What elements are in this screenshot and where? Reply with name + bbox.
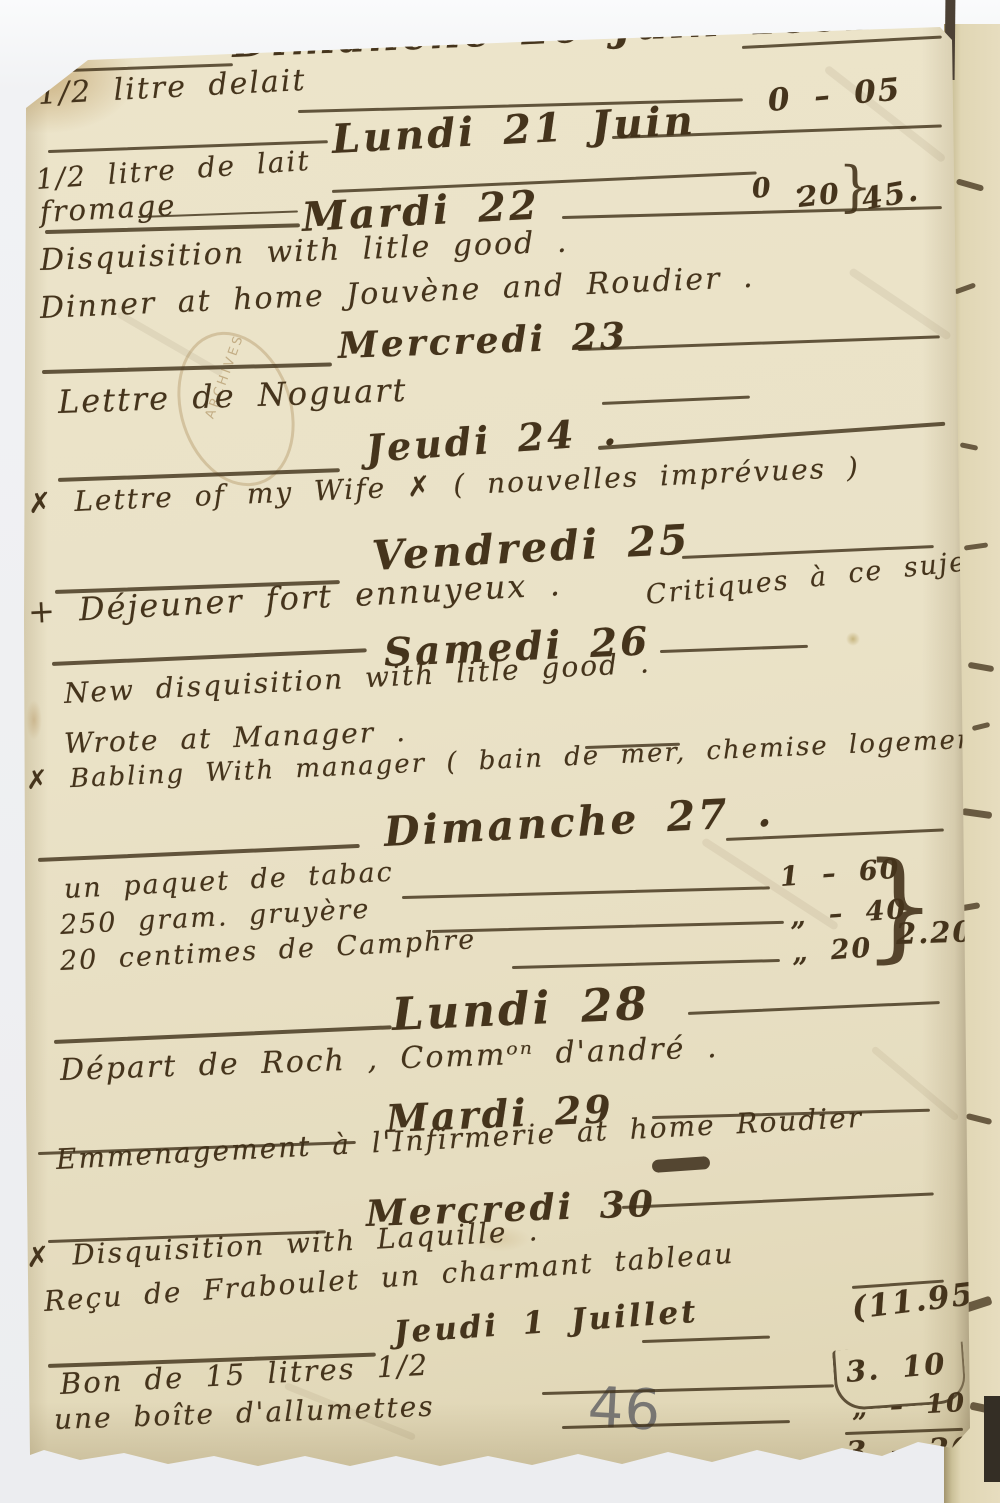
rule-line-9: [42, 362, 332, 373]
rule-line-33: [542, 1384, 834, 1394]
amount-e-fromage: 20: [797, 180, 843, 212]
rule-line-19: [38, 844, 360, 862]
next-page-ink-mark: [972, 722, 991, 731]
next-page-ink-mark: [962, 808, 993, 819]
next-page-ink-mark: [960, 442, 979, 451]
rule-line-5: [332, 171, 757, 192]
row-e-disq1: Disquisition with litle good .: [39, 228, 568, 276]
rule-line-25: [688, 1001, 940, 1014]
next-page-ink-mark: [964, 542, 988, 550]
rule-line-17: [660, 645, 808, 653]
rule-line-11: [602, 396, 750, 405]
rule-line-24: [54, 1025, 392, 1043]
row-e-roch: Départ de Roch , Commᵒⁿ d'andré .: [59, 1033, 719, 1086]
row-h-jeu24: Jeudi 24 .: [365, 412, 620, 468]
row-e-dejeuner: + Déjeuner fort ennuyeux .: [27, 568, 562, 628]
row-e-lait2: 1/2 litre de lait: [35, 147, 312, 194]
rule-line-29: [622, 1192, 934, 1208]
photo-background: ARCHIVES Dimanche 20 Juin 18521/2 litre …: [0, 0, 1000, 1503]
amount-e-bon: 3. 10: [845, 1349, 948, 1387]
row-e-lait1: 1/2 litre delait: [37, 66, 307, 110]
row-h-dim27: Dimanche 27 .: [383, 792, 775, 853]
row-e-noguart: Lettre de Noguart: [57, 374, 407, 418]
row-h-mer23: Mercredi 23: [337, 318, 628, 364]
rule-line-23: [512, 959, 780, 969]
rule-line-12: [598, 422, 945, 450]
next-page-ink-mark: [968, 662, 995, 672]
amount-e-lait1: 0 – 05: [767, 74, 903, 117]
next-page-ink-mark: [966, 1113, 993, 1125]
next-page-ink-mark: [954, 282, 976, 294]
next-page-ink-mark: [956, 178, 985, 191]
row-h-dim20: Dimanche 20 Juin 1852: [231, 0, 879, 64]
rule-line-31: [642, 1336, 770, 1343]
rule-line-22: [432, 921, 784, 933]
manuscript-page: ARCHIVES Dimanche 20 Juin 18521/2 litre …: [0, 0, 1000, 1503]
row-e-allumettes: une boîte d'allumettes: [54, 1393, 436, 1434]
row-h-lun28: Lundi 28: [391, 981, 651, 1037]
rule-line-21: [402, 886, 770, 898]
binding-shadow: [984, 1396, 1000, 1482]
amount-e-allumettes: „ – 10: [851, 1390, 966, 1422]
rule-line-10: [578, 335, 940, 351]
row-e-fromage: fromage: [39, 191, 177, 227]
handwriting-layer: Dimanche 20 Juin 18521/2 litre delait0 –…: [0, 0, 1000, 1503]
amount-e-camphre: „ 20: [791, 934, 873, 967]
